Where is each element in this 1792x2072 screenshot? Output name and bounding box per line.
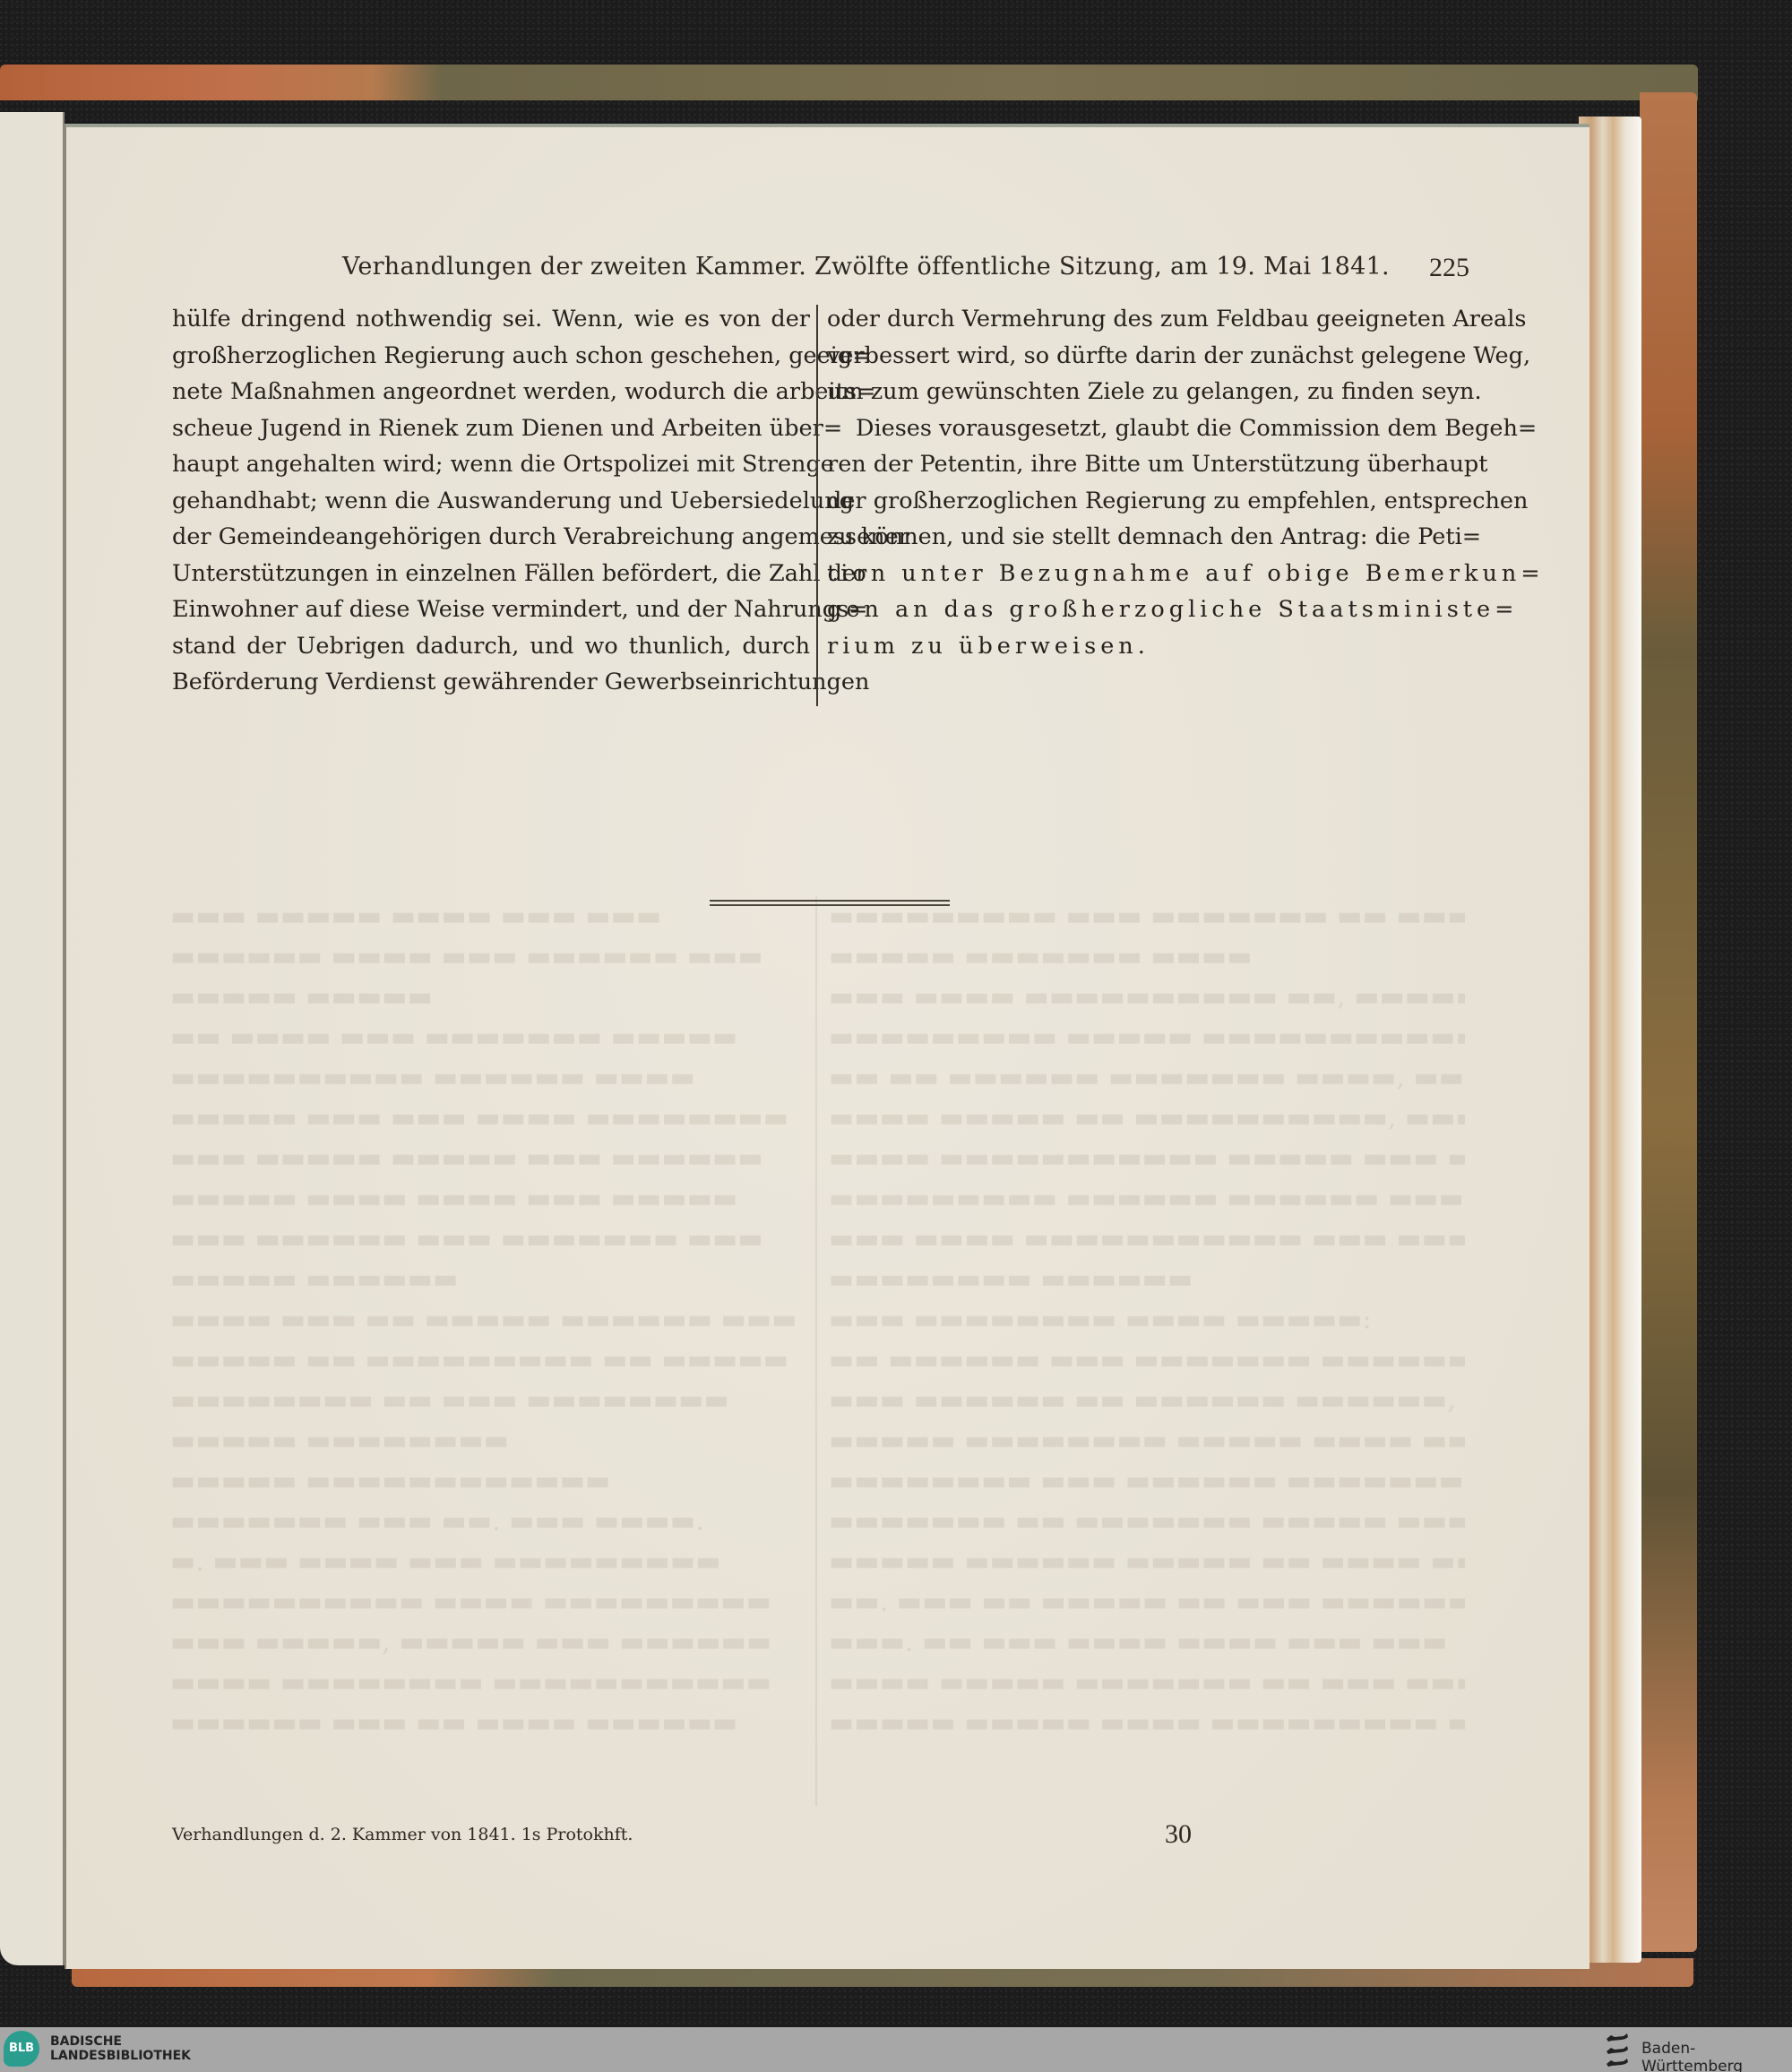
attribution-bar [0, 2027, 1792, 2072]
book-cover-top-edge [0, 65, 1698, 100]
text-line: haupt angehalten wird; wenn die Ortspoli… [172, 446, 810, 483]
text-column-left: hülfe dringend nothwendig sei. Wenn, wie… [172, 301, 810, 701]
section-end-double-rule [710, 900, 950, 906]
library-name[interactable]: BADISCHE LANDESBIBLIOTHEK [50, 2034, 191, 2063]
book-cover-right-edge [1640, 92, 1697, 1952]
previous-page-sliver [0, 112, 65, 1965]
text-line-emphasized: gen an das großherzogliche Staatsministe… [827, 591, 1465, 628]
text-column-right: oder durch Vermehrung des zum Feldbau ge… [827, 301, 1465, 664]
text-line: großherzoglichen Regierung auch schon ge… [172, 338, 810, 375]
text-line: ren der Petentin, ihre Bitte um Unterstü… [827, 446, 1465, 483]
running-head: Verhandlungen der zweiten Kammer. Zwölft… [342, 253, 1471, 281]
text-line: oder durch Vermehrung des zum Feldbau ge… [827, 301, 1465, 338]
text-line: Einwohner auf diese Weise vermindert, un… [172, 591, 810, 628]
three-lions-coat-of-arms-icon[interactable] [1604, 2031, 1631, 2068]
text-line: nete Maßnahmen angeordnet werden, wodurc… [172, 374, 810, 410]
text-line: hülfe dringend nothwendig sei. Wenn, wie… [172, 301, 810, 338]
text-line: scheue Jugend in Rienek zum Dienen und A… [172, 410, 810, 447]
library-name-line1: BADISCHE [50, 2034, 191, 2049]
state-name[interactable]: Baden-Württemberg [1641, 2040, 1792, 2072]
library-name-line2: LANDESBIBLIOTHEK [50, 2049, 191, 2063]
text-line-emphasized: tion unter Bezugnahme auf obige Bemerkun… [827, 556, 1465, 592]
text-line: Dieses vorausgesetzt, glaubt die Commiss… [827, 410, 1465, 447]
text-line: verbessert wird, so dürfte darin der zun… [827, 338, 1465, 375]
sheet-signature: Verhandlungen d. 2. Kammer von 1841. 1s … [172, 1825, 633, 1844]
text-line: der Gemeindeangehörigen durch Verabreich… [172, 519, 810, 556]
page-number: 225 [1425, 253, 1469, 283]
column-divider [816, 305, 818, 706]
blb-logo-icon[interactable]: BLB [4, 2031, 39, 2067]
text-line: Unterstützungen in einzelnen Fällen befö… [172, 556, 810, 592]
text-line: gehandhabt; wenn die Auswanderung und Ue… [172, 483, 810, 520]
text-line-emphasized: rium zu überweisen. [827, 628, 1465, 665]
text-line: stand der Uebrigen dadurch, und wo thunl… [172, 628, 810, 665]
text-line: um zum gewünschten Ziele zu gelangen, zu… [827, 374, 1465, 410]
text-line: zu können, und sie stellt demnach den An… [827, 519, 1465, 556]
text-line: der großherzoglichen Regierung zu empfeh… [827, 483, 1465, 520]
sheet-number: 30 [1165, 1819, 1192, 1850]
text-line: Beförderung Verdienst gewährender Gewerb… [172, 664, 810, 701]
